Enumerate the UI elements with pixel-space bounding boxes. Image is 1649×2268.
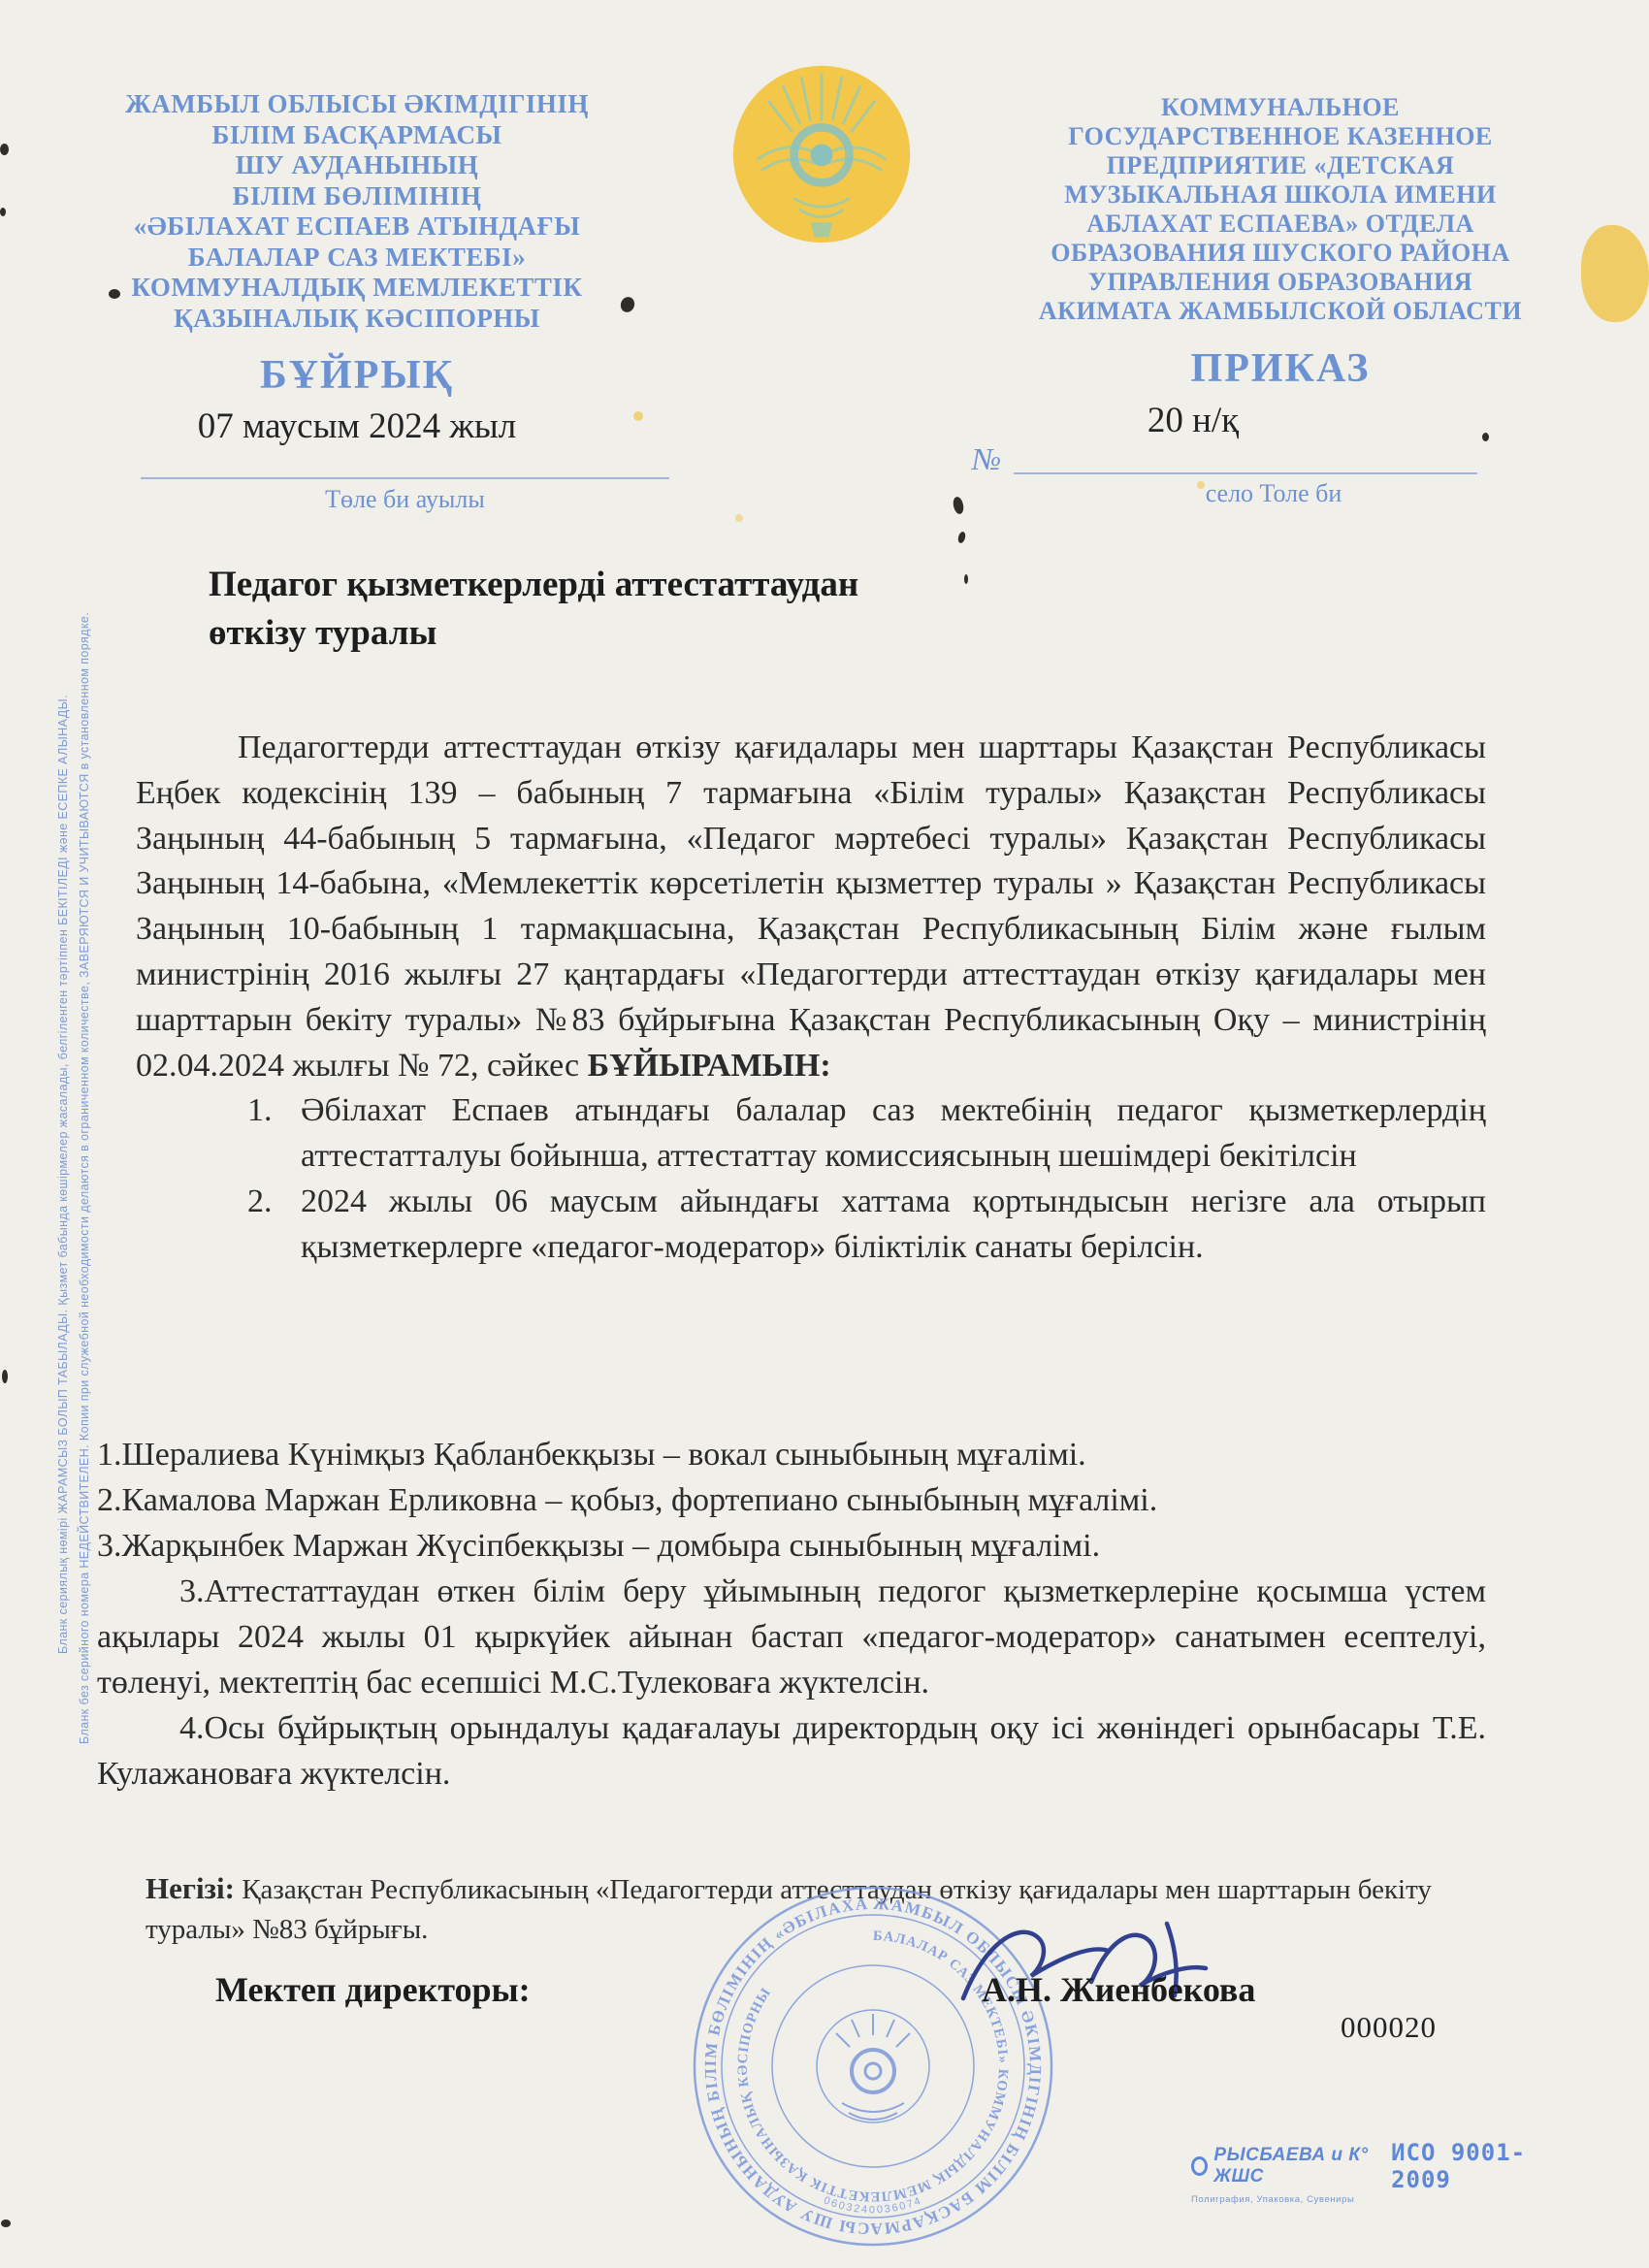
signature-role-label: Мектеп директоры: — [215, 1969, 531, 2010]
org-name-russian: КОММУНАЛЬНОЕ ГОСУДАРСТВЕННОЕ КАЗЕННОЕ ПР… — [997, 93, 1564, 326]
place-label-kk: Төле би ауылы — [141, 485, 669, 514]
order-subject: Педагог қызметкерлерді аттестаттаудан өт… — [209, 561, 1014, 658]
scanned-order-document: ЖАМБЫЛ ОБЛЫСЫ ӘКІМДІГІНІҢ БІЛІМ БАСҚАРМА… — [0, 0, 1649, 2268]
preamble-paragraph: Педагогтерди аттесттаудан өткізу қағидал… — [136, 726, 1486, 1088]
paragraph-4: 4.Осы бұйрықтың орындалуы қадағалауы дир… — [97, 1705, 1486, 1797]
paragraph-3: 3.Аттестаттаудан өткен білім беру ұйымын… — [97, 1569, 1486, 1705]
ink-speck — [957, 531, 967, 543]
place-line-kk — [141, 477, 669, 479]
order-title-ru: ПРИКАЗ — [997, 345, 1564, 392]
margin-note-kazakh: Бланк сериялық нөмірі ЖАРАМСЫЗ БОЛЫП ТАБ… — [56, 695, 70, 1654]
printer-iso-label: ИСО 9001-2009 — [1391, 2139, 1550, 2193]
order-number: 20 н/қ — [1028, 400, 1358, 441]
paper-stain — [633, 411, 643, 421]
preamble-text: Педагогтерди аттесттаудан өткізу қағидал… — [136, 729, 1486, 1084]
number-sign-label: № — [972, 441, 1001, 477]
signature-name: А.Н. Жиенбекова — [982, 1969, 1255, 2010]
number-line — [1014, 472, 1477, 474]
paper-stain — [1581, 225, 1649, 322]
resolution-1-text: Әбілахат Еспаев атындағы балалар саз мек… — [301, 1092, 1486, 1174]
order-body-main: Педагогтерди аттесттаудан өткізу қағидал… — [136, 726, 1486, 1271]
org-name-kazakh: ЖАМБЫЛ ОБЛЫСЫ ӘКІМДІГІНІҢ БІЛІМ БАСҚАРМА… — [85, 89, 629, 334]
edge-mark — [0, 144, 9, 155]
teacher-line-1: 1.Шералиева Күнімқыз Қабланбекқызы – вок… — [97, 1432, 1486, 1477]
teacher-line-3: 3.Жарқынбек Маржан Жүсіпбекқызы – домбыр… — [97, 1523, 1486, 1569]
resolve-word: БҰЙЫРАМЫН: — [588, 1048, 831, 1084]
kazakhstan-emblem-icon — [729, 56, 914, 248]
printer-logo-row: РЫСБАЕВА и К° ЖШС ИСО 9001-2009 — [1191, 2139, 1550, 2193]
resolution-1-number: 1. — [247, 1088, 273, 1134]
paper-stain — [1197, 481, 1205, 489]
basis-label: Негізі: — [145, 1871, 235, 1905]
edge-mark — [0, 208, 6, 216]
margin-note-russian: Бланк без серийного номера НЕДЕЙСТВИТЕЛЕ… — [78, 612, 91, 1744]
ink-speck — [952, 496, 965, 515]
order-date: 07 маусым 2024 жыл — [85, 405, 629, 447]
printer-logo-block: РЫСБАЕВА и К° ЖШС ИСО 9001-2009 Полиграф… — [1191, 2139, 1550, 2205]
resolution-2-text: 2024 жылы 06 маусым айындағы хаттама қор… — [301, 1183, 1486, 1265]
resolution-2-number: 2. — [247, 1180, 273, 1225]
ink-speck — [1482, 433, 1489, 441]
printer-logo-icon — [1191, 2156, 1208, 2176]
order-title-kk: БҰЙРЫҚ — [85, 352, 629, 399]
form-serial-number: 000020 — [1341, 2010, 1437, 2045]
ink-speck — [109, 289, 120, 299]
printer-services-line: Полиграфия, Упаковка, Сувениры — [1191, 2194, 1550, 2205]
edge-mark — [1, 2219, 11, 2227]
resolution-item-2: 2. 2024 жылы 06 маусым айындағы хаттама … — [136, 1180, 1486, 1271]
printer-brand: РЫСБАЕВА и К° ЖШС — [1213, 2145, 1385, 2187]
edge-mark — [2, 1370, 8, 1383]
order-body-secondary: 1.Шералиева Күнімқыз Қабланбекқызы – вок… — [97, 1432, 1486, 1797]
resolution-item-1: 1. Әбілахат Еспаев атындағы балалар саз … — [136, 1088, 1486, 1180]
teacher-line-2: 2.Камалова Маржан Ерликовна – қобыз, фор… — [97, 1477, 1486, 1523]
place-label-ru: село Толе би — [1065, 479, 1482, 508]
ink-speck — [964, 574, 968, 584]
paper-stain — [735, 514, 743, 522]
